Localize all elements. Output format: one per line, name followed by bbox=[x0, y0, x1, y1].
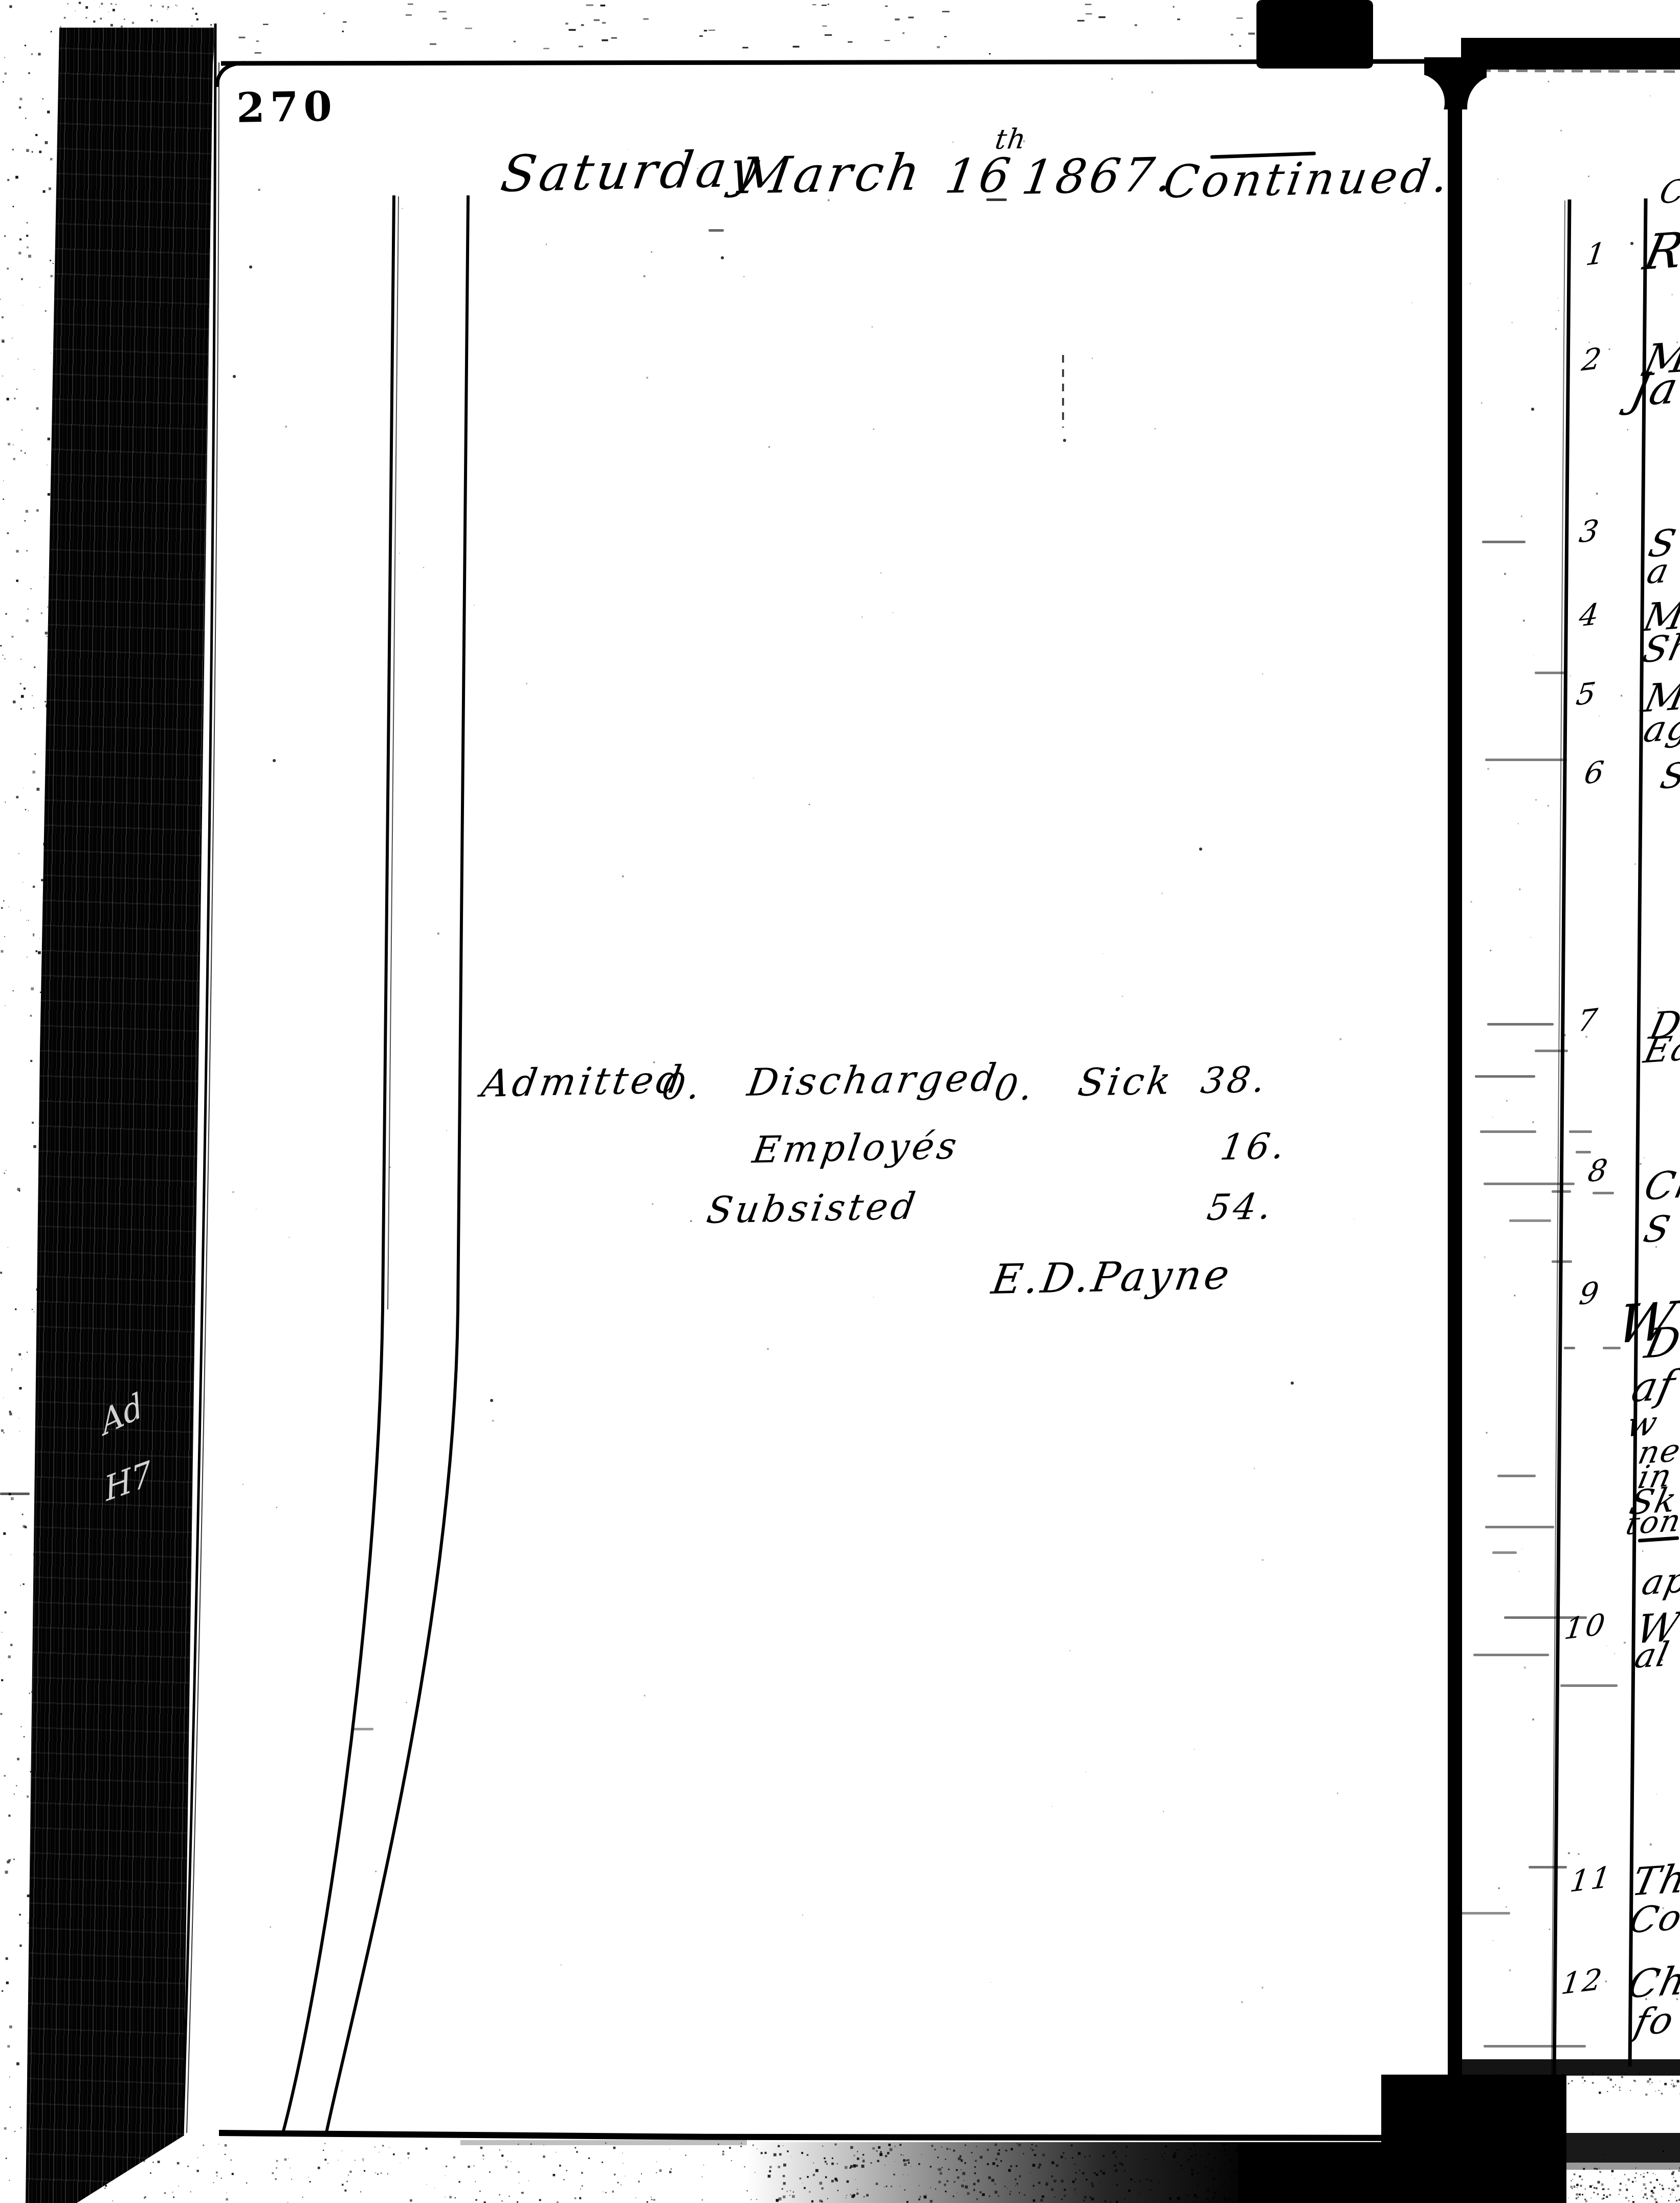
bleedthrough-dash-12 bbox=[1509, 1219, 1551, 1222]
scan-artifacts bbox=[0, 0, 1680, 2203]
strikethrough-squiggle bbox=[1638, 1536, 1679, 1543]
ink-speck-5 bbox=[490, 1399, 493, 1402]
scanned-ledger-scan: { "scan": { "description_labels": { "lef… bbox=[0, 0, 1680, 2203]
bleedthrough-dash-28 bbox=[353, 1728, 373, 1730]
bleedthrough-dash-8 bbox=[1576, 1151, 1591, 1153]
bleedthrough-dash-10 bbox=[1552, 1190, 1571, 1193]
bleedthrough-dash-13 bbox=[1552, 1260, 1572, 1263]
continued-overline-stroke bbox=[1210, 151, 1316, 159]
bleedthrough-dash-27 bbox=[0, 1493, 30, 1495]
ink-speck-2 bbox=[273, 759, 276, 762]
ink-speck-3 bbox=[1630, 242, 1633, 245]
bleedthrough-dash-23 bbox=[1459, 1912, 1510, 1915]
ink-speck-0 bbox=[233, 375, 236, 378]
bleedthrough-dash-2 bbox=[1485, 759, 1567, 761]
bleedthrough-dash-18 bbox=[1492, 1551, 1517, 1554]
bleedthrough-dash-19 bbox=[1504, 1616, 1587, 1619]
bleedthrough-dash-21 bbox=[1560, 1684, 1618, 1687]
bleedthrough-dash-3 bbox=[1487, 1023, 1554, 1026]
ink-speck-6 bbox=[1291, 1382, 1294, 1385]
bleedthrough-dash-22 bbox=[1529, 1866, 1567, 1868]
bleedthrough-dash-24 bbox=[1484, 2045, 1586, 2048]
bleedthrough-dash-16 bbox=[1497, 1475, 1536, 1477]
ink-speck-9 bbox=[1063, 439, 1066, 442]
ink-speck-1 bbox=[249, 265, 252, 269]
bleedthrough-dash-5 bbox=[1475, 1075, 1535, 1078]
ink-speck-4 bbox=[1531, 408, 1534, 411]
bleedthrough-dash-9 bbox=[1484, 1183, 1575, 1185]
bleedthrough-dash-14 bbox=[1564, 1347, 1575, 1349]
ink-speck-8 bbox=[1199, 848, 1202, 851]
bleedthrough-dash-20 bbox=[1473, 1654, 1549, 1656]
bleedthrough-dash-17 bbox=[1485, 1526, 1554, 1528]
bleedthrough-dash-15 bbox=[1603, 1347, 1621, 1349]
bleedthrough-dash-25 bbox=[709, 229, 724, 232]
bleedthrough-dash-0 bbox=[1482, 541, 1526, 543]
bleedthrough-dash-1 bbox=[1535, 672, 1565, 674]
ink-speck-7 bbox=[721, 256, 724, 259]
bleedthrough-dash-26 bbox=[986, 198, 1007, 201]
vertical-dash-artifact bbox=[1062, 355, 1064, 428]
bleedthrough-dash-11 bbox=[1593, 1192, 1614, 1194]
bleedthrough-dash-4 bbox=[1535, 1050, 1568, 1052]
bleedthrough-dash-7 bbox=[1569, 1130, 1592, 1133]
bleedthrough-dash-6 bbox=[1480, 1130, 1536, 1133]
